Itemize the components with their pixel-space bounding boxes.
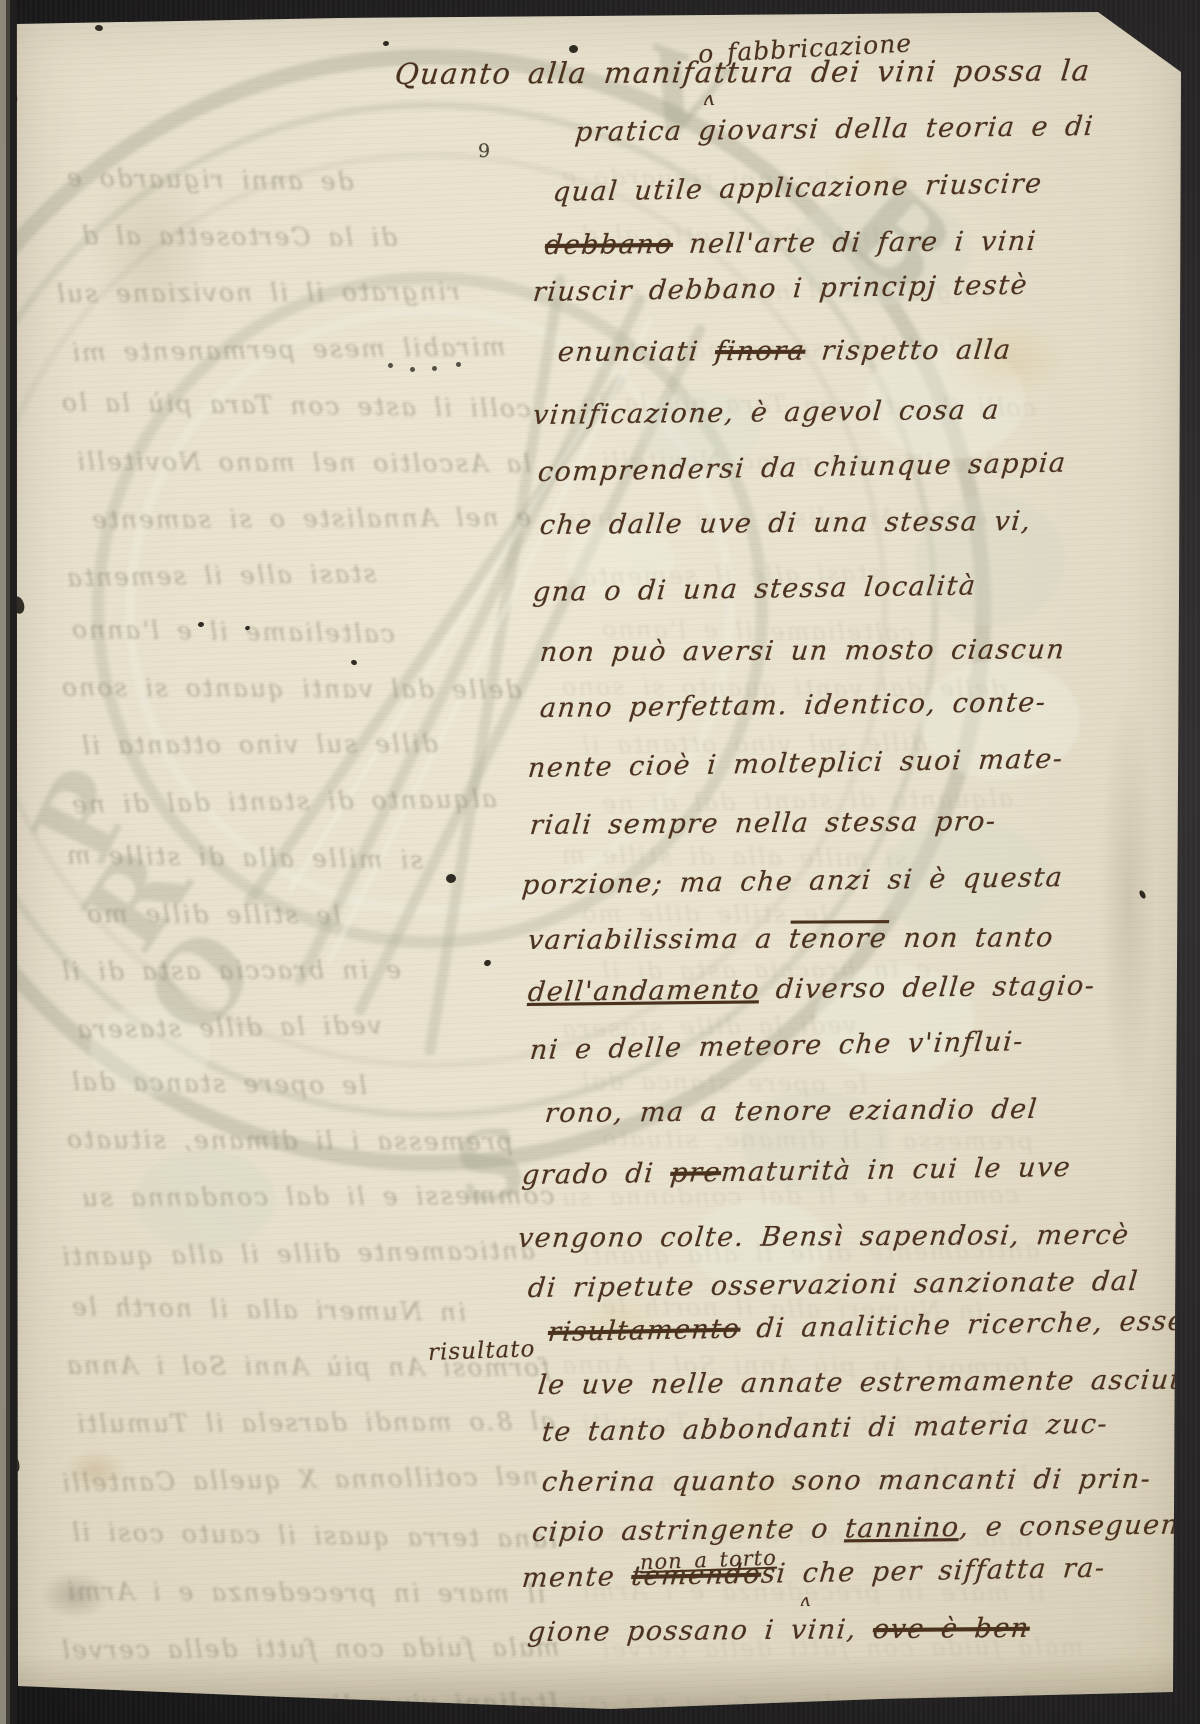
word-run: enunciati — [556, 336, 716, 368]
margin-note-risultato: risultato — [428, 1336, 536, 1366]
word-run: grado di — [521, 1158, 672, 1191]
showthrough-line: vedi la dille stasera — [75, 1010, 382, 1043]
word-run: , e conseguente- — [958, 1509, 1200, 1543]
manuscript-line: vengono colte. Bensì sapendosi, mercè — [516, 1220, 1131, 1254]
ink-speck — [446, 874, 457, 884]
ink-dot — [388, 363, 393, 368]
ink-speck — [383, 41, 390, 47]
word-run: mente — [521, 1561, 633, 1594]
word-run: rono, ma a tenore eziandio del — [544, 1094, 1040, 1129]
showthrough-line: le opere stanca dal — [70, 1067, 367, 1100]
manuscript-line: vinificazione, è agevol cosa a — [532, 395, 1002, 431]
manuscript-line: pratica giovarsi della teoria e di — [574, 111, 1096, 148]
struck-word: pre — [669, 1157, 722, 1189]
showthrough-line: le opere stanca dal — [580, 1067, 868, 1099]
showthrough-line: e nel Annaliste o si samente — [90, 503, 531, 534]
manuscript-line: gna o di una stessa località — [532, 570, 978, 608]
showthrough-line: il mare in precedenza e i Armi — [65, 1576, 545, 1608]
struck-word: finora — [714, 336, 807, 367]
page-number: 9 — [478, 140, 490, 162]
showthrough-line: Italiani vivandiera fuori 8.2 Giu — [70, 1687, 559, 1723]
showthrough-line: anticamente dille il alla quanti — [60, 1235, 535, 1271]
showthrough-line: stasi alle il sementa — [65, 558, 377, 591]
underlined-word: dell'andamento — [527, 974, 762, 1008]
ink-dot — [456, 362, 461, 367]
interlinear-insertion-non-a-torto: non a torto — [640, 1546, 778, 1575]
word-run: gione possano i vini, — [527, 1614, 875, 1648]
word-run: di ripetute osservazioni sanzionate dal — [527, 1266, 1141, 1304]
showthrough-line: premessa i li dimane, situato — [600, 1124, 1034, 1154]
showthrough-line: dille sul vino ottanta il — [80, 729, 438, 760]
showthrough-line: la Ascoltio nel mano Novitelli — [75, 446, 531, 477]
word-run: rispetto alla — [804, 335, 1013, 367]
manuscript-line: non può aversi un mosto ciascun — [538, 634, 1066, 668]
showthrough-line: premessa i li dimane, situato — [65, 1124, 513, 1155]
underlined-word: tannino — [844, 1512, 961, 1544]
ink-speck — [350, 659, 357, 666]
binding-edge — [0, 0, 17, 1724]
word-run: vengono colte. Bensì sapendosi, mercè — [516, 1220, 1131, 1254]
showthrough-line: de anni riguardo e — [65, 163, 354, 196]
manuscript-line: di ripetute osservazioni sanzionate dal — [527, 1266, 1141, 1304]
word-run: anno perfettam. identico, conte- — [539, 687, 1048, 724]
showthrough-line: calteliame il e l'anno — [70, 615, 395, 649]
manuscript-line: porzione; ma che anzi si è questa — [521, 862, 1065, 901]
manuscript-scan: { "document": { "kind": "handwritten man… — [0, 0, 1200, 1724]
manuscript-line: che dalle uve di una stessa vi, — [539, 506, 1033, 541]
showthrough-line: e in braccia asta di il — [60, 955, 401, 986]
showthrough-line: ringrato il il noviziane sul — [55, 277, 460, 308]
showthrough-line: le stille dille mo — [85, 899, 341, 929]
struck-word: ove è ben — [871, 1613, 1031, 1645]
word-run: cipio astringente o — [531, 1513, 847, 1548]
word-run: non può aversi un mosto ciascun — [538, 634, 1066, 668]
ink-speck — [569, 45, 578, 53]
ink-speck — [95, 25, 103, 32]
word-run: le uve nelle annate estremamente asciut- — [537, 1365, 1195, 1402]
manuscript-line: rono, ma a tenore eziandio del — [544, 1094, 1040, 1129]
word-run: non tanto — [886, 922, 1056, 954]
ink-dot — [432, 366, 437, 371]
showthrough-line: lana terra quasi il cauto cosi il — [70, 1518, 557, 1554]
manuscript-line: debbano nell'arte di fare i vini — [544, 226, 1039, 261]
word-run: variabilissima a — [526, 924, 790, 956]
showthrough-line: mirabil mese permanente mi — [70, 331, 506, 366]
ink-speck — [483, 959, 492, 967]
showthrough-line: delle dal vanti quanto si sono — [60, 672, 522, 703]
insertion-caret-icon: ʌ — [800, 1590, 811, 1611]
word-run: diverso delle stagio- — [758, 970, 1096, 1005]
insertion-caret-icon: ʌ — [703, 86, 715, 110]
ink-speck — [238, 5, 256, 22]
manuscript-line: riali sempre nella stessa pro- — [529, 806, 999, 841]
word-run: porzione; ma che anzi si è questa — [521, 862, 1065, 901]
manuscript-line: cipio astringente o tannino, e conseguen… — [531, 1509, 1200, 1548]
showthrough-line: di la Certosetta al d — [80, 221, 397, 252]
showthrough-line: commessi e li dal condanna su — [80, 1181, 555, 1212]
overlined-word: tenore — [787, 923, 888, 955]
manuscript-line: gione possano i vini, ove è ben — [527, 1613, 1032, 1648]
showthrough-line: in Numeri alla il north le — [70, 1292, 466, 1327]
showthrough-line: nel cotillonna X quella Cantelli — [60, 1461, 539, 1497]
word-run: che dalle uve di una stessa vi, — [539, 506, 1033, 541]
showthrough-line: mala fuida con futti della cervel — [60, 1633, 560, 1665]
ink-dot — [410, 367, 415, 372]
word-run: vinificazione, è agevol cosa a — [532, 395, 1002, 431]
showthrough-line: colli il aste con Tara più la lo — [60, 388, 531, 424]
showthrough-line: al 8.o mandi darsela il Tumulti — [75, 1407, 555, 1439]
word-run: cherina quanto sono mancanti di prin- — [540, 1464, 1152, 1498]
word-run: pratica giovarsi della teoria e di — [574, 111, 1096, 148]
showthrough-line: alquanto di stanti dal di ne — [70, 784, 497, 819]
struck-word: debbano — [544, 229, 675, 261]
word-run: gna o di una stessa località — [532, 570, 978, 608]
manuscript-line: variabilissima a tenore non tanto — [526, 922, 1055, 956]
manuscript-paper: V B P R O S de anni riguardo ede anni ri… — [0, 0, 1200, 1724]
showthrough-line: si mille alla di stille m — [65, 841, 424, 875]
ink-speck — [1138, 889, 1147, 899]
manuscript-line: le uve nelle annate estremamente asciut- — [537, 1365, 1195, 1402]
word-run: riali sempre nella stessa pro- — [529, 806, 999, 841]
word-run: maturità in cui le uve — [720, 1152, 1073, 1188]
showthrough-line: Italiani vivandiera fuori 8.2 Giu — [560, 1687, 1033, 1722]
manuscript-line: enunciati finora rispetto alla — [556, 335, 1013, 368]
word-run: nell'arte di fare i vini — [672, 226, 1039, 260]
manuscript-line: anno perfettam. identico, conte- — [539, 687, 1048, 724]
manuscript-line: cherina quanto sono mancanti di prin- — [540, 1464, 1152, 1498]
manuscript-line: dell'andamento diverso delle stagio- — [527, 970, 1097, 1008]
word-run: si che per siffatta ra- — [760, 1553, 1107, 1590]
struck-word: risultamento — [547, 1314, 742, 1348]
